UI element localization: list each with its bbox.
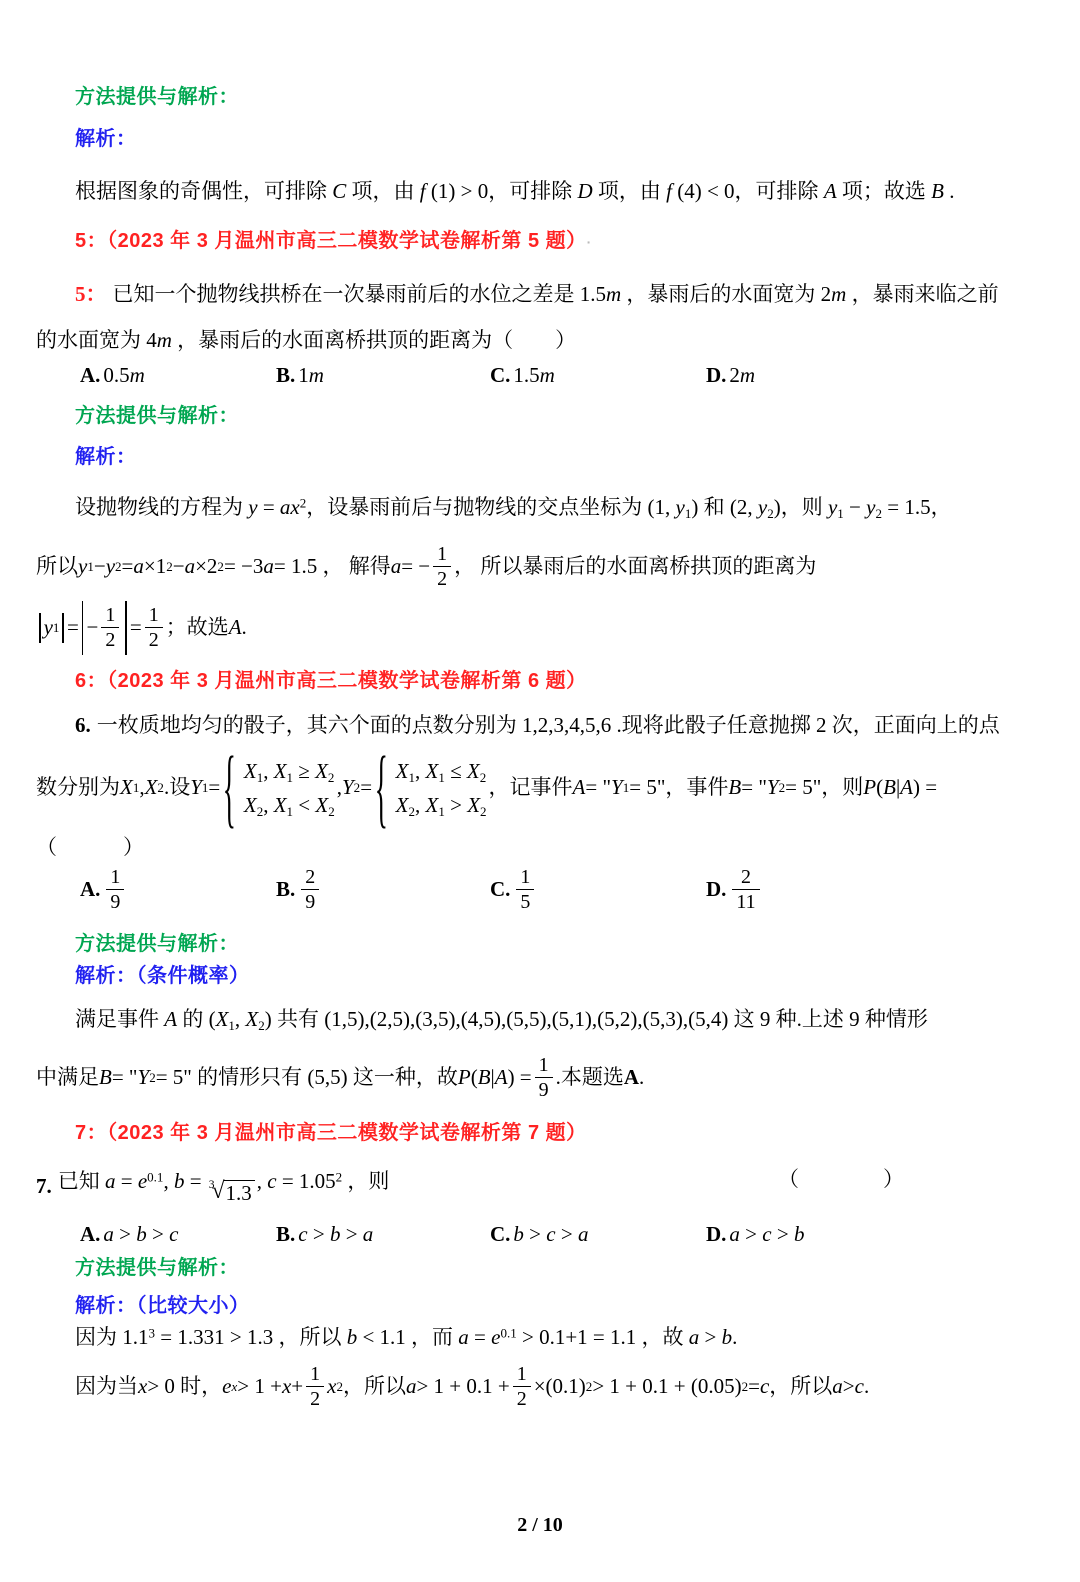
q6-analysis-label: 解析：（条件概率）: [75, 963, 1060, 989]
q6-stem-text1: 一枚质地均匀的骰子，其六个面的点数分别为 1,2,3,4,5,6 .现将此骰子任…: [97, 713, 1000, 737]
q5-option-c: C.1.5m: [490, 362, 706, 390]
q6-stem-line1: 6.一枚质地均匀的骰子，其六个面的点数分别为 1,2,3,4,5,6 .现将此骰…: [75, 712, 1060, 740]
q7-option-b-value: c > b > a: [298, 1221, 373, 1249]
q5-source-heading: 5：（2023 年 3 月温州市高三二模数学试卷解析第 5 题）·: [75, 228, 1060, 254]
q6-option-c-label: C.: [490, 876, 510, 904]
q7-solution-line1: 因为 1.13 = 1.331 > 1.3 ，所以 b < 1.1 ，而 a =…: [75, 1324, 1060, 1352]
q6-method-label: 方法提供与解析：: [75, 931, 1060, 957]
q6-solution-line1: 满足事件 A 的 (X1, X2) 共有 (1,5),(2,5),(3,5),(…: [75, 1006, 1060, 1034]
prev-solution-text: 根据图象的奇偶性，可排除 C 项，由 f (1) > 0，可排除 D 项，由 f…: [75, 178, 1060, 206]
q5-solution-line1: 设抛物线的方程为 y = ax2，设暴雨前后与抛物线的交点坐标为 (1, y1)…: [75, 494, 1060, 522]
q7-source-heading: 7：（2023 年 3 月温州市高三二模数学试卷解析第 7 题）: [75, 1120, 1060, 1146]
q5-analysis-label: 解析：: [75, 444, 1060, 470]
q5-option-a-value: 0.5m: [103, 362, 144, 390]
q7-analysis-label: 解析：（比较大小）: [75, 1293, 1060, 1319]
q5-heading-mark: ·: [587, 234, 592, 250]
q6-option-d-label: D.: [706, 876, 726, 904]
q5-option-d-value: 2m: [729, 362, 755, 390]
q5-option-a-label: A.: [80, 362, 100, 390]
q7-stem-line: 7.已知 a = e0.1, b = 3√1.3, c = 1.052 ，则 （…: [36, 1166, 1060, 1208]
q6-option-d: D.211: [706, 862, 763, 918]
q5-method-label: 方法提供与解析：: [75, 403, 1060, 429]
q6-option-b-label: B.: [276, 876, 295, 904]
q6-source-heading: 6：（2023 年 3 月温州市高三二模数学试卷解析第 6 题）: [75, 668, 1060, 694]
prev-method-label: 方法提供与解析：: [75, 84, 1060, 110]
q7-option-d-label: D.: [706, 1221, 726, 1249]
q5-solution-line3: y1 = −12 = 12；故选 A .: [36, 598, 1060, 658]
q7-stem-text: 已知 a = e0.1, b = 3√1.3, c = 1.052 ，则: [58, 1168, 390, 1205]
q5-option-d-label: D.: [706, 362, 726, 390]
q6-answer-paren: （ ）: [36, 834, 1060, 862]
q6-option-c: C.15: [490, 862, 706, 918]
q5-option-b-label: B.: [276, 362, 295, 390]
q5-option-d: D.2m: [706, 362, 755, 390]
q5-number: 5：: [75, 282, 107, 306]
q5-stem-line2: 的水面宽为 4m ，暴雨后的水面离桥拱顶的距离为（ ）: [36, 327, 1060, 355]
q7-option-c-value: b > c > a: [513, 1221, 588, 1249]
q7-method-label: 方法提供与解析：: [75, 1255, 1060, 1281]
q7-option-b-label: B.: [276, 1221, 295, 1249]
q5-options-row: A.0.5m B.1m C.1.5m D.2m: [36, 362, 1060, 390]
q7-options-row: A.a > b > c B.c > b > a C.b > c > a D.a …: [36, 1221, 1060, 1249]
q6-option-b: B.29: [276, 862, 490, 918]
q5-option-c-value: 1.5m: [513, 362, 554, 390]
q5-solution-line2: 所以 y1 − y2 = a×12 − a×22 = −3a = 1.5 ， 解…: [36, 537, 1060, 597]
q6-option-a: A.19: [80, 862, 276, 918]
q6-option-a-value: 19: [103, 867, 127, 913]
q7-option-a-label: A.: [80, 1221, 100, 1249]
q6-options-row: A.19 B.29 C.15 D.211: [36, 862, 1060, 918]
q5-option-b-value: 1m: [298, 362, 324, 390]
q7-option-b: B.c > b > a: [276, 1221, 490, 1249]
q7-option-a: A.a > b > c: [80, 1221, 276, 1249]
q5-option-b: B.1m: [276, 362, 490, 390]
prev-analysis-label: 解析：: [75, 126, 1060, 152]
q7-answer-paren: （ ）: [778, 1166, 918, 1194]
q6-stem-line2: 数分别为 X1, X2 .设 Y1 = {X1, X1 ≥ X2X2, X1 <…: [36, 749, 1060, 827]
q7-option-d: D.a > c > b: [706, 1221, 804, 1249]
q6-option-d-value: 211: [729, 867, 762, 913]
q5-stem-text1: 已知一个抛物线拱桥在一次暴雨前后的水位之差是 1.5m ，暴雨后的水面宽为 2m…: [113, 282, 999, 306]
q6-number: 6.: [75, 713, 91, 737]
document-page: 方法提供与解析： 解析： 根据图象的奇偶性，可排除 C 项，由 f (1) > …: [0, 0, 1080, 1582]
q6-option-c-value: 15: [513, 867, 537, 913]
q6-option-b-value: 29: [298, 867, 322, 913]
q5-option-c-label: C.: [490, 362, 510, 390]
q6-solution-line2: 中满足 B = "Y2 = 5" 的情形只有 (5,5) 这一种，故 P(B|A…: [36, 1048, 1060, 1108]
q7-number: 7.: [36, 1173, 52, 1201]
q5-stem-line1: 5：已知一个抛物线拱桥在一次暴雨前后的水位之差是 1.5m ，暴雨后的水面宽为 …: [75, 281, 1060, 309]
q7-option-c: C.b > c > a: [490, 1221, 706, 1249]
q7-option-c-label: C.: [490, 1221, 510, 1249]
q5-option-a: A.0.5m: [80, 362, 276, 390]
q7-solution-line2: 因为当 x > 0 时， ex > 1 + x + 12x2 ，所以 a > 1…: [75, 1355, 1060, 1419]
q6-option-a-label: A.: [80, 876, 100, 904]
q5-heading-text: 5：（2023 年 3 月温州市高三二模数学试卷解析第 5 题）: [75, 230, 577, 252]
q7-option-a-value: a > b > c: [103, 1221, 178, 1249]
page-number: 2 / 10: [0, 1514, 1080, 1537]
q7-option-d-value: a > c > b: [729, 1221, 804, 1249]
